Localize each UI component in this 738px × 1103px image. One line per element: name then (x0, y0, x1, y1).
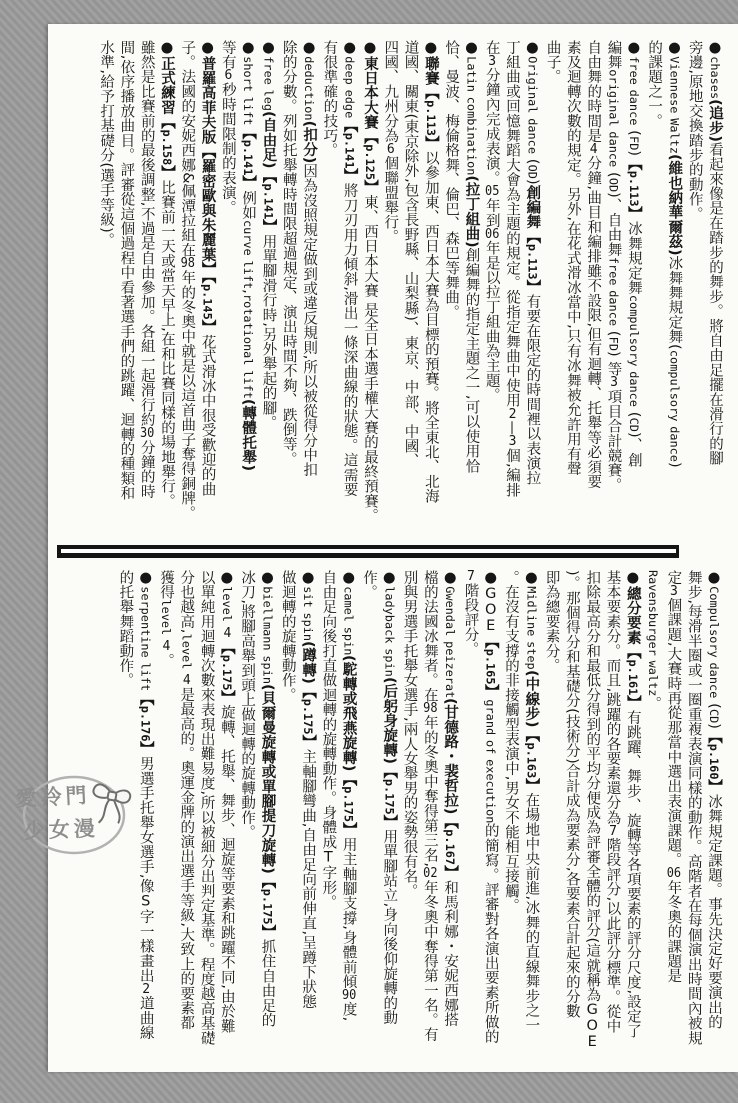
text-column: ●Midline step(中線步)【p.163】在場地中央前進,冰舞的直線舞步… (521, 570, 541, 1070)
text-column: ●Latin combination(拉丁組曲)創編舞的指定主題之一,可以使用恰 (461, 40, 481, 545)
text-column: 以單純用迴轉次數來表現出難易度,所以被細分出判定基準。程度越高基礎 (196, 570, 216, 1070)
text-column: 定3個課題,大賽時再從那當中選出表演課題。06年冬奧的課題是 (663, 570, 683, 1070)
text-column: ●free dance (FD)【p.113】冰舞規定舞compulsory d… (624, 40, 644, 545)
note-line1: 愛冷門 (15, 783, 91, 811)
text-column: 自由舞的時間是4分鐘,曲目和編排雖不設限,但有迴轉、托舉等必須要 (583, 40, 603, 545)
text-column: 檔的法國冰舞者。在98年的冬奧中奪得第三名,02年冬奧中奪得第一名。有 (420, 570, 440, 1070)
text-column: 即為總要素分。 (541, 570, 561, 1070)
text-column: ●東日本大賽【p.125】東、西日本大賽 是全日本選手權大賽的最終預賽。 (360, 40, 380, 545)
text-column: 旁邊,原地交換踏步的動作。 (684, 40, 704, 545)
text-column: 做迴轉的旋轉動作。 (277, 570, 297, 1070)
text-column: 等有6秒時間限制的表演。 (218, 40, 238, 545)
section-divider (57, 545, 679, 558)
text-column: 。在沒有支撐的非接觸型表演中,男女不能相互接觸。 (501, 570, 521, 1070)
glossary-top-section: ●chases(追步)看起來像是在踏步的舞步。將自由足擺在滑行的腳旁邊,原地交換… (96, 40, 725, 545)
text-column: 別與男選手托舉女選手,兩人女舉男的姿勢很有名。 (399, 570, 419, 1070)
text-column: ●聯賽【p.113】以參加東、西日本大賽為目標的預賽。將全東北、北海 (421, 40, 441, 545)
note-line2: 少女漫 (23, 816, 99, 843)
text-column: 舞步,每滑半圈或一圈重複表演同樣的動作。高階者在每個演出時間內被規 (683, 570, 703, 1070)
text-column: 有很準確的技巧。 (319, 40, 339, 545)
text-column: ●Gwendal peizerat(甘德路・裴哲拉)【p.167】和馬利娜・安妮… (440, 570, 460, 1070)
text-column: ●Original dance (OD)創編舞【p.113】有要在限定的時間裡以… (522, 40, 542, 545)
text-column: 分也越高,level 4是最高的。奧運金牌的演出選手等級,大致上的要素都 (176, 570, 196, 1070)
text-column: ●chases(追步)看起來像是在踏步的舞步。將自由足擺在滑行的腳 (705, 40, 725, 545)
scan-background: ●chases(追步)看起來像是在踏步的舞步。將自由足擺在滑行的腳旁邊,原地交換… (0, 0, 738, 1103)
text-column: ●short lift【p.141】例如curve lift,rotationa… (238, 40, 258, 545)
text-column: 水準,給予打基礎分(選手等級)。 (96, 40, 116, 545)
text-column: ●正式練習【p.158】比賽前一天或當天早上,在和比賽同樣的場地舉行。 (157, 40, 177, 545)
text-column: 道國、關東(東京除外,包含長野縣、山梨縣)、東京、中部、中國、 (400, 40, 420, 545)
text-column: 曲子。 (542, 40, 562, 545)
text-column: ●ladyback spin(后躬身旋轉)【p.175】用單腳站立,身向後仰旋轉… (379, 570, 399, 1070)
book-page: ●chases(追步)看起來像是在踏步的舞步。將自由足擺在滑行的腳旁邊,原地交換… (48, 24, 738, 1072)
text-column: 丁組曲或回憶舞蹈大會為主題的規定。從指定舞曲中使用2—3個,編排 (502, 40, 522, 545)
text-column: 獲得level 4。 (156, 570, 176, 1070)
text-column: ●GOE【p.165】grand of execution的簡寫。評審對各演出要… (480, 570, 500, 1070)
text-column: ●deep edge【p.141】將刀刃用力傾斜,滑出一條深曲線的狀態。這需要 (339, 40, 359, 545)
text-column: )。那個得分和基礎分(技術分)合計成為要素分,各要素合計起來的分數 (562, 570, 582, 1070)
text-column: 素及迴轉次數的規定。另外,在花式滑冰當中,只有冰舞被允許用有聲 (563, 40, 583, 545)
text-column: 7階段評分。 (460, 570, 480, 1070)
text-column: ●總分要素【p.161】有跳躍、舞步、旋轉等各項要素的評分尺度,設定了 (623, 570, 643, 1070)
text-column: Ravensburger waltz。 (643, 570, 663, 1070)
text-column: 自由足向後打直做迴轉的旋轉動作。身體成T字形。 (318, 570, 338, 1070)
text-column: 恰、曼波、梅倫格舞、倫巴、森巴等舞曲。 (441, 40, 461, 545)
text-column: 四國、九州分為6個聯盟舉行。 (380, 40, 400, 545)
text-column: ●biellmann spin(貝爾曼旋轉或單腳提刀旋轉)【p.175】抓住自由… (257, 570, 277, 1070)
text-column: 基本要素分。而且,跳躍的各要素還分為7階段評分,以此評分標準。從中 (602, 570, 622, 1070)
text-column: ●普羅高菲夫版【羅密歐與朱麗葉】【p.145】花式滑冰中很受歡迎的曲 (197, 40, 217, 545)
text-column: ●sit spin(蹲轉)【p.175】主軸腳彎曲,自由足向前伸直,呈蹲下狀態 (298, 570, 318, 1070)
text-column: ●Compulsory dance (CD)【p.160】冰舞規定課題。事先決定… (704, 570, 724, 1070)
handwritten-note: 愛冷門 少女漫 (6, 768, 140, 866)
glossary-bottom-section: ●Compulsory dance (CD)【p.160】冰舞規定課題。事先決定… (115, 570, 724, 1070)
text-column: 編舞original dance (OD)、自由舞free dance (FD)… (603, 40, 623, 545)
text-column: 除的分數。列如托舉轉時間限超過規定、演出時間不夠、跌倒等。 (278, 40, 298, 545)
text-column: ●Viennese Waltz(維也納華爾茲)冰舞舞規定舞(compulsory… (664, 40, 684, 545)
text-column: 間,依序播放曲目。評審從這個過程中看著選手們的跳躍、迴轉的種類和 (116, 40, 136, 545)
text-column: 扣除最高分和最低分得到的平均分便成為評審全體的評分(這就稱為GOE (582, 570, 602, 1070)
text-column: 雖然是比賽前的最後調整,不過是自由參加。各組一起滑行約30分鐘的時 (136, 40, 156, 545)
text-column: 的課題之一。 (644, 40, 664, 545)
text-column: ●free leg(自由足)【p.141】用單腳滑行時,另外舉起的腳。 (258, 40, 278, 545)
text-column: 冰刀,將腳高舉到頭上做迴轉的旋轉動作。 (237, 570, 257, 1070)
text-column: 在3分鐘內完成表演。05年到06年是以拉丁組曲為主題。 (481, 40, 501, 545)
text-column: 子。法國的安妮西娜&佩潭拉組在98年的冬奧中就是以這首曲子奪得銅牌。 (177, 40, 197, 545)
text-column: ●level 4【p.175】旋轉、托舉、舞步、迴旋等要素和跳躍不同,由於難 (217, 570, 237, 1070)
text-column: ●deduction(扣分)因為沒照規定做到或違反規則,所以被從得分中扣 (299, 40, 319, 545)
text-column: ●camel spin(駝轉或飛燕旋轉)【p.175】用主軸腳支撐,身體前傾90… (338, 570, 358, 1070)
text-column: 作。 (359, 570, 379, 1070)
